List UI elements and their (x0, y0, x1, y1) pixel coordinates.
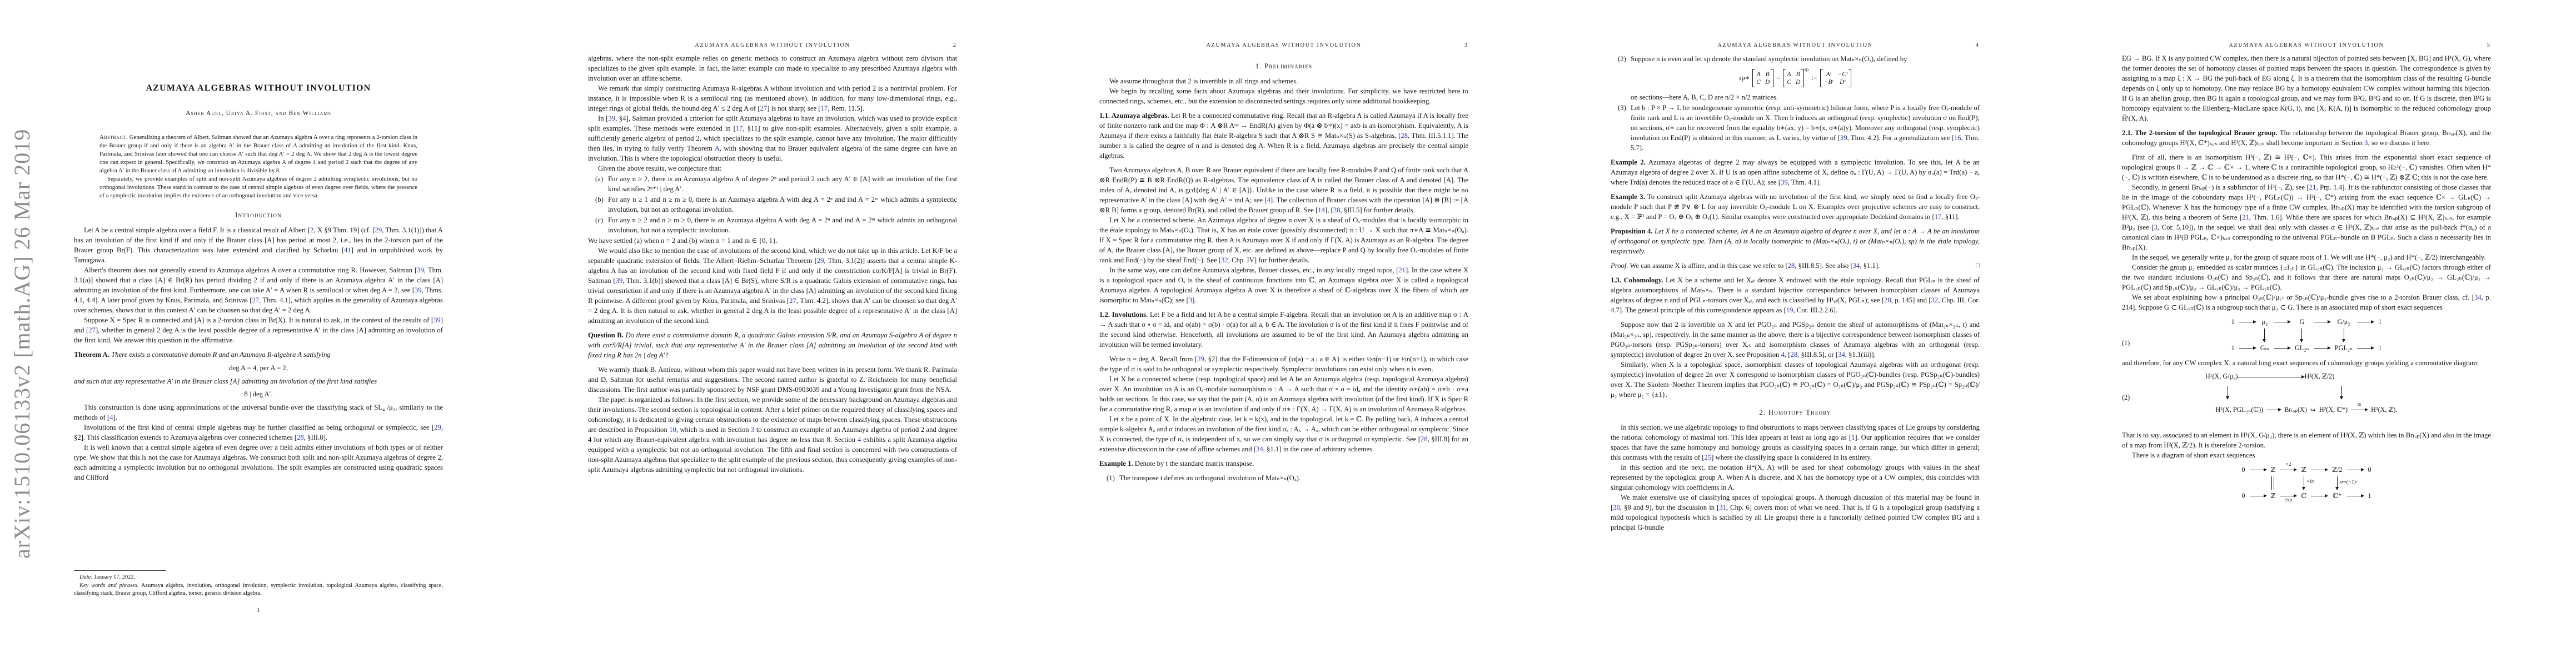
diagram-node: 0 (2241, 492, 2245, 500)
arrow-label: ×iπ (2306, 479, 2314, 485)
citation-link[interactable]: 3 (1189, 296, 1192, 304)
theorem-block: Proposition 4. Let X be a connected sche… (1611, 226, 1980, 256)
diagram-node: μ₂ (2261, 318, 2268, 326)
paragraph: EG → BG. If X is any pointed CW complex,… (2122, 53, 2491, 123)
arrow-down: ×iπ (2304, 476, 2304, 490)
arrow-label: x↦(−1)ˣ (2340, 479, 2358, 485)
arrow-right (2274, 322, 2290, 322)
paragraph: It is well known that a central simple a… (74, 442, 443, 482)
subsection-paragraph: 1.1. Azumaya algebras. Let R be a connec… (1099, 111, 1468, 161)
diagram-node: ℤ (2301, 466, 2306, 474)
paragraph: We remark that simply constructing Azuma… (588, 83, 957, 113)
citation-link[interactable]: 27 (252, 296, 259, 304)
footnote: Date: January 17, 2022.Key words and phr… (74, 570, 443, 598)
theorem-text: Denote by t the standard matrix transpos… (1135, 460, 1254, 467)
paragraph: Albert's theorem does not generally exte… (74, 265, 443, 315)
theorem-block: Question B. Do there exist a commutative… (588, 330, 957, 360)
arrow-label: ≅ (2357, 402, 2361, 408)
paragraph: In the sequel, we generally write μ₂ for… (2122, 252, 2491, 262)
paragraph: Write n = deg A. Recall from [29, §2] th… (1099, 354, 1468, 374)
operator-label: sp∗ (1739, 74, 1750, 82)
page-header: AZUMAYA ALGEBRAS WITHOUT INVOLUTION3 (1099, 42, 1468, 48)
arrow-label: exp (2285, 497, 2292, 503)
citation-link[interactable]: 32 (1931, 296, 1939, 304)
display-equation: 8 | deg A′. (74, 390, 443, 399)
theorem-block: Example 1. Denote by t the standard matr… (1099, 459, 1468, 469)
subsection-label: 1.1. Azumaya algebras. (1099, 112, 1169, 120)
equation-number: (2) (2122, 394, 2130, 402)
arrow-right (2266, 410, 2281, 410)
citation-link[interactable]: 34 (1256, 445, 1263, 453)
citation-link[interactable]: 34 (1853, 262, 1860, 270)
citation-link[interactable]: 29 (817, 257, 824, 265)
paragraph: We begin by recalling some facts about A… (1099, 86, 1468, 106)
paragraph: Similarly, when X is a topological space… (1611, 360, 1980, 400)
paragraph: Let X be a connected scheme. An Azumaya … (1099, 215, 1468, 265)
paragraph: algebras, where the non-split example re… (588, 53, 957, 83)
diagram-node: ℤ (2271, 466, 2276, 474)
citation-link[interactable]: 28 (1333, 206, 1341, 214)
list-item: (3)Let b : P × P → L be nondegenerate sy… (1611, 103, 1980, 153)
arrow-right (2250, 470, 2266, 470)
citation-link[interactable]: 19 (1786, 306, 1793, 314)
equation-number: (1) (2122, 339, 2130, 347)
citation-link[interactable]: 41 (344, 246, 351, 254)
matrix-entry: D (1796, 78, 1800, 86)
footnote-label: Date: (79, 574, 93, 580)
sp-superscript: sp (1804, 67, 1808, 72)
arrow-right (2357, 348, 2374, 349)
citation-link[interactable]: 3 (2154, 223, 2157, 231)
list-item: (c)For any n ≥ 2 and n ≥ m ≥ 0, there is… (588, 215, 957, 235)
citation-link[interactable]: 28 (1790, 351, 1797, 359)
matrix-with-sup: ABCDsp (1783, 69, 1808, 87)
paragraph: Let x be a point of X. In the algebraic … (1099, 414, 1468, 454)
arrow-right (2311, 496, 2328, 496)
matrix-entry: −Cᵗ (1838, 71, 1848, 78)
citation-link[interactable]: 39 (1781, 178, 1788, 186)
paragraph: That is to say, associated to an element… (2122, 430, 2491, 450)
citation-link[interactable]: A (715, 145, 720, 152)
section-heading: Introduction (74, 211, 443, 220)
theorem-block: Example 3. To construct split Azumaya al… (1611, 192, 1980, 222)
diagram-node: PGL₂ₙ (2335, 344, 2353, 352)
theorem-block: Theorem A. There exists a commutative do… (74, 350, 443, 360)
diagram-node: H¹(X, PGL₂ₙ(ℂ)) (2215, 406, 2263, 414)
page-number-footer: 1 (74, 607, 443, 614)
commutative-diagram: (1)1μ₂GG/μ₂11GₘGL₂ₙPGL₂ₙ1 (2122, 318, 2491, 352)
page-header: AZUMAYA ALGEBRAS WITHOUT INVOLUTION4 (1611, 42, 1980, 48)
subsection-paragraph: 1.3. Cohomology. Let X be a scheme and l… (1611, 275, 1980, 315)
abstract-paragraph: Abstract. Generalizing a theorem of Albe… (99, 133, 417, 175)
page-3: AZUMAYA ALGEBRAS WITHOUT INVOLUTION31. P… (1099, 0, 1468, 667)
citation-link[interactable]: 29 (1197, 355, 1204, 363)
arrow-down (2228, 386, 2228, 399)
matrix-entry: −Bᵗ (1824, 78, 1833, 86)
citation-link[interactable]: 21 (2242, 213, 2249, 221)
arrow-down: x↦(−1)ˣ (2337, 476, 2338, 490)
commutative-diagram: (2)H¹(X, G/μ₂)H²(X, ℤ/2)H¹(X, PGL₂ₙ(ℂ))B… (2122, 372, 2491, 426)
footnote-label: Key words and phrases. (79, 583, 139, 589)
theorem-label: Proposition 4. (1611, 227, 1653, 235)
arrow-right: ×2 (2280, 470, 2296, 470)
paragraph: In the same way, one can define Azumaya … (1099, 265, 1468, 305)
paragraph: The paper is organized as follows: In th… (588, 395, 957, 475)
paragraph: We set about explaining how a principal … (2122, 292, 2491, 312)
list-marker: (b) (595, 195, 604, 205)
page-header: AZUMAYA ALGEBRAS WITHOUT INVOLUTION2 (588, 42, 957, 48)
paragraph: We warmly thank B. Antieau, without whom… (588, 365, 957, 395)
paragraph: Given the above results, we conjecture t… (588, 163, 957, 173)
page-4: AZUMAYA ALGEBRAS WITHOUT INVOLUTION4(2)S… (1611, 0, 1980, 667)
matrix: ABCD (1752, 69, 1773, 87)
commutative-diagram: 0ℤ×2ℤℤ/20×iπx↦(−1)ˣ0ℤexpℂℂ*1 (2122, 466, 2491, 500)
list-item: (2)Suppose n is even and let sp denote t… (1611, 54, 1980, 64)
diagram-node: GL₂ₙ (2295, 344, 2309, 352)
citation-link[interactable]: 4 (109, 414, 113, 421)
theorem-label: Example 3. (1611, 193, 1645, 201)
diagram-node: ℂ (2301, 492, 2306, 500)
list-marker: (a) (595, 174, 603, 184)
section-heading: 1. Preliminaries (1099, 62, 1468, 71)
paragraph: We would also like to mention the case o… (588, 246, 957, 326)
theorem-label: Example 2. (1611, 158, 1646, 166)
hook-arrow: ↪ (2310, 406, 2316, 414)
citation-link[interactable]: 34 (1838, 351, 1845, 359)
diagram-row: H¹(X, G/μ₂)H²(X, ℤ/2) (2205, 372, 2334, 381)
paragraph: Let X be a connected scheme (resp. topol… (1099, 374, 1468, 414)
citation-link[interactable]: 17 (1935, 213, 1942, 221)
citation-link[interactable]: 2 (310, 226, 313, 234)
arrow-right (2357, 322, 2374, 322)
matrix-entry: D (1765, 78, 1770, 86)
citation-link[interactable]: 28 (297, 434, 304, 441)
arrow-right (2347, 496, 2364, 496)
page-content: EG → BG. If X is any pointed CW complex,… (2122, 53, 2491, 506)
diagram-node: G/μ₂ (2338, 318, 2350, 326)
equals-sign: = (1776, 74, 1780, 82)
matrix-entry: B (1796, 71, 1800, 78)
paragraph: In this section, we use algebraic topolo… (1611, 422, 1980, 462)
paragraph: We have settled (a) when n = 2 and (b) w… (588, 236, 957, 246)
page-content: algebras, where the non-split example re… (588, 53, 957, 475)
theorem-label: Question B. (588, 331, 624, 339)
diagram-node: G (2299, 318, 2304, 326)
equals-vertical (2271, 476, 2274, 490)
citation-link[interactable]: 21 (1398, 266, 1406, 274)
arrow-right (2314, 322, 2330, 322)
paragraph: Suppose X = Spec R is connected and [A] … (74, 315, 443, 345)
paragraph: This construction is done using approxim… (74, 402, 443, 422)
diagram-node: 1 (2378, 344, 2381, 352)
page-5: AZUMAYA ALGEBRAS WITHOUT INVOLUTION5EG →… (2122, 0, 2491, 667)
footnote-line: Date: January 17, 2022. (74, 574, 443, 582)
diagram-node: H²(X, ℤ/2) (2304, 372, 2334, 380)
diagram-node: ℤ/2 (2332, 466, 2342, 474)
theorem-text: and such that any representative A′ in t… (74, 377, 377, 385)
citation-link[interactable]: 17 (736, 125, 743, 132)
subsection-paragraph: 1.2. Involutions. Let F be a field and l… (1099, 310, 1468, 350)
paragraph: Suppose now that 2 is invertible on X an… (1611, 320, 1980, 360)
list-item: (1)The transpose t defines an orthogonal… (1099, 473, 1468, 483)
qed-box: □ (1976, 261, 1980, 271)
arrow-right (2250, 496, 2266, 496)
page-header: AZUMAYA ALGEBRAS WITHOUT INVOLUTION5 (2122, 42, 2491, 48)
arxiv-watermark: arXiv:1510.06133v2 [math.AG] 26 Mar 2019 (9, 129, 35, 559)
screenshot-root: { "watermark": "arXiv:1510.06133v2 [math… (0, 0, 2576, 667)
citation-link[interactable]: 27 (760, 104, 768, 112)
footnote-line: Key words and phrases. Azumaya algebra, … (74, 582, 443, 598)
matrix-entry: A (1787, 71, 1791, 78)
diagram-node: ℤ (2271, 492, 2276, 500)
page-number: 3 (1464, 42, 1467, 48)
page-number: 4 (1976, 42, 1979, 48)
paragraph: Two Azumaya algebras A, B over R are Bra… (1099, 165, 1468, 215)
arrow-right (2239, 322, 2256, 322)
theorem-block: Example 2. Azumaya algebras of degree 2 … (1611, 157, 1980, 187)
citation-link[interactable]: 39 (434, 316, 441, 324)
arrow-right: exp (2280, 496, 2296, 496)
diagram-node: 1 (2378, 318, 2381, 326)
subsection-label: 1.3. Cohomology. (1611, 276, 1663, 284)
list-item: (b)For any n ≥ 1 and n ≥ m ≥ 0, there is… (588, 195, 957, 215)
citation-link[interactable]: 27 (88, 326, 96, 334)
citation-link[interactable]: 1 (1851, 434, 1855, 441)
citation-link[interactable]: 39 (616, 277, 623, 285)
diagram-node: H²(X, ℂ*) (2319, 406, 2348, 414)
matrix-entry: Aᵗ (1824, 71, 1833, 78)
matrix-entry: C (1756, 78, 1761, 86)
arrow-down (2301, 328, 2302, 342)
citation-link[interactable]: 4 (858, 436, 861, 444)
abstract-paragraph: Separately, we provide examples of split… (99, 175, 417, 200)
citation-link[interactable]: 29 (375, 226, 382, 234)
matrix-entry: C (1787, 78, 1791, 86)
citation-link[interactable]: 39 (415, 286, 422, 294)
citation-link[interactable]: 3 (751, 426, 754, 434)
theorem-text: Do there exist a commutative domain R, a… (588, 331, 957, 359)
theorem-text: There exists a commutative domain R and … (111, 351, 331, 359)
theorem-text: Azumaya algebras of degree 2 may always … (1611, 158, 1980, 186)
paragraph: Consider the group μ₂ embedded as scalar… (2122, 262, 2491, 292)
citation-link[interactable]: 39 (608, 115, 615, 122)
paragraph: Let A be a central simple algebra over a… (74, 225, 443, 265)
diagram-grid: 1μ₂GG/μ₂11GₘGL₂ₙPGL₂ₙ1 (2122, 318, 2491, 352)
paragraph: Secondly, in general Brₜₒₚ(−) is a subfu… (2122, 182, 2491, 252)
diagram-node: 0 (2241, 466, 2245, 474)
abstract-label: Abstract. (99, 134, 128, 141)
diagram-node: Brₜₒₚ(X) (2284, 406, 2307, 414)
proof-label: Proof. (1611, 262, 1628, 270)
citation-link[interactable]: 39 (417, 266, 424, 274)
diagram-node: ℂ* (2333, 492, 2341, 500)
arrow-right (2238, 377, 2304, 377)
theorem-label: Example 1. (1099, 460, 1133, 467)
authors: Asher Auel, Uriya A. First, and Ben Will… (74, 110, 443, 117)
diagram-node: H³(X, ℤ). (2371, 406, 2397, 414)
matrix-entry: B (1765, 71, 1770, 78)
assign-sign: := (1811, 74, 1817, 82)
paragraph: and therefore, for any CW complex X, a n… (2122, 358, 2491, 368)
abstract: Abstract. Generalizing a theorem of Albe… (99, 133, 417, 200)
citation-link[interactable]: 3 (2364, 139, 2368, 147)
arrow-down (2341, 386, 2342, 399)
subsection-label: 1.2. Involutions. (1099, 311, 1148, 318)
citation-link[interactable]: 39 (1840, 134, 1847, 142)
matrix-entry: A (1756, 71, 1761, 78)
paper-title: AZUMAYA ALGEBRAS WITHOUT INVOLUTION (74, 83, 443, 93)
citation-link[interactable]: 34 (2474, 293, 2482, 301)
page-1: Date: January 17, 2022.Key words and phr… (74, 0, 443, 667)
citation-link[interactable]: 31 (1719, 504, 1726, 511)
citation-link[interactable]: 32 (1221, 256, 1228, 264)
paragraph: Involutions of the first kind of central… (74, 422, 443, 442)
matrix: Aᵗ−Cᵗ−BᵗDᵗ (1820, 69, 1851, 87)
paragraph: We assume throughout that 2 is invertibl… (1099, 76, 1468, 86)
citation-link[interactable]: 28 (1884, 296, 1891, 304)
paragraph: We make extensive use of classifying spa… (1611, 492, 1980, 532)
arrow-right (2311, 470, 2328, 470)
proof-block: Proof. We can assume X is affine, and in… (1611, 261, 1980, 271)
citation-link[interactable]: 30 (1613, 504, 1620, 511)
diagram-node: Gₘ (2260, 344, 2269, 352)
running-title: AZUMAYA ALGEBRAS WITHOUT INVOLUTION (1206, 42, 1361, 48)
citation-link[interactable]: 4 (1267, 196, 1270, 204)
matrix-equation: sp∗ABCD=ABCDsp:=Aᵗ−Cᵗ−BᵗDᵗ (1611, 69, 1980, 87)
page-2: AZUMAYA ALGEBRAS WITHOUT INVOLUTION2alge… (588, 0, 957, 667)
diagram-grid: 0ℤ×2ℤℤ/20×iπx↦(−1)ˣ0ℤexpℂℂ*1 (2122, 466, 2491, 500)
theorem-text: To construct split Azumaya algebras with… (1611, 193, 1980, 221)
page-number: 2 (953, 42, 956, 48)
running-title: AZUMAYA ALGEBRAS WITHOUT INVOLUTION (695, 42, 850, 48)
citation-link[interactable]: 16 (1954, 134, 1961, 142)
page-content: AZUMAYA ALGEBRAS WITHOUT INVOLUTIONAsher… (74, 83, 443, 482)
section-heading: 2. Homotopy Theory (1611, 409, 1980, 417)
page-content: 1. PreliminariesWe assume throughout tha… (1099, 53, 1468, 484)
paragraph: In this section and the next, the notati… (1611, 462, 1980, 492)
page-content: (2)Suppose n is even and let sp denote t… (1611, 53, 1980, 532)
citation-link[interactable]: 28 (1421, 435, 1428, 443)
citation-link[interactable]: 10 (669, 426, 676, 434)
arrow-right (2239, 348, 2256, 349)
theorem-continuation: and such that any representative A′ in t… (74, 376, 443, 386)
subsection-label: 2.1. The 2-torsion of the topological Br… (2122, 129, 2278, 137)
list-marker: (1) (1107, 473, 1115, 483)
citation-link[interactable]: 17 (821, 104, 828, 112)
subsection-paragraph: 2.1. The 2-torsion of the topological Br… (2122, 128, 2491, 148)
arrow-right (2314, 348, 2330, 349)
citation-link[interactable]: 29 (434, 424, 441, 431)
list-item: (a)For any n ≥ 2, there is an Azumaya al… (588, 174, 957, 194)
matrix-entry: Dᵗ (1838, 78, 1848, 86)
page-number: 5 (2487, 42, 2490, 48)
diagram-node: 1 (2368, 492, 2371, 500)
list-item-continuation: on sections—here A, B, C, D are n/2 × n/… (1611, 92, 1980, 102)
running-title: AZUMAYA ALGEBRAS WITHOUT INVOLUTION (1717, 42, 1872, 48)
paragraph: There is a diagram of short exact sequen… (2122, 450, 2491, 460)
citation-link[interactable]: 25 (1704, 454, 1711, 461)
citation-link[interactable]: 21 (2309, 183, 2316, 191)
footnote-rule (74, 570, 166, 571)
citation-link[interactable]: 28 (1788, 262, 1795, 270)
theorem-label: Theorem A. (74, 351, 109, 359)
running-title: AZUMAYA ALGEBRAS WITHOUT INVOLUTION (2229, 42, 2384, 48)
matrix: ABCD (1783, 69, 1804, 87)
list-marker: (2) (1618, 54, 1626, 64)
arrow-down (2344, 328, 2344, 342)
paragraph: First of all, there is an isomorphism H³… (2122, 152, 2491, 182)
arrow-label: ×2 (2285, 462, 2291, 467)
display-equation: deg A = 4, per A = 2, (74, 364, 443, 372)
arrow-right (2274, 348, 2290, 349)
list-marker: (c) (595, 215, 603, 225)
citation-link[interactable]: 28 (1401, 132, 1408, 140)
theorem-text: Let X be a connected scheme, let A be an… (1611, 227, 1980, 255)
arrow-right (2347, 470, 2364, 470)
citation-link[interactable]: 4 (1781, 351, 1785, 359)
arrow-right: ≅ (2351, 410, 2368, 410)
diagram-node: 1 (2231, 318, 2235, 326)
paragraph: In [39, §4], Saltman provided a criterio… (588, 113, 957, 163)
diagram-node: 0 (2368, 466, 2371, 474)
arrow-down (2264, 328, 2265, 342)
diagram-row: H¹(X, PGL₂ₙ(ℂ))Brₜₒₚ(X)↪H²(X, ℂ*)≅H³(X, … (2122, 406, 2491, 414)
citation-link[interactable]: 14 (1318, 206, 1325, 214)
diagram-node: H¹(X, G/μ₂) (2205, 372, 2238, 380)
diagram-node: 1 (2231, 344, 2235, 352)
citation-link[interactable]: 27 (789, 297, 796, 305)
list-marker: (3) (1618, 103, 1626, 113)
